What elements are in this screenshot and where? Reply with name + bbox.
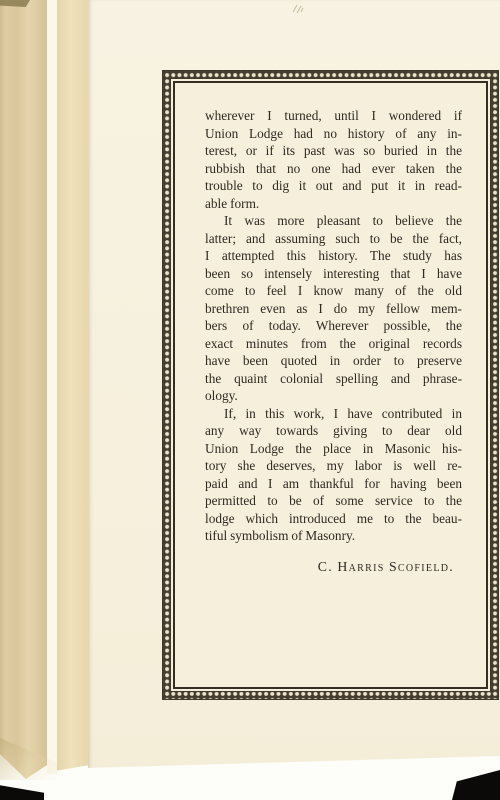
text-line: trouble to dig it out and put it in read…	[205, 177, 462, 195]
text-line: paid and I am thankful for having been	[205, 475, 462, 493]
scanner-corner-right	[452, 770, 500, 800]
text-line: the quaint colonial spelling and phrase-	[205, 370, 462, 388]
author-signature: C. Harris Scofield.	[205, 558, 462, 576]
text-line: I attempted this history. The study has	[205, 247, 462, 265]
text-line: If, in this work, I have contributed in	[205, 405, 462, 423]
text-line: been so intensely interesting that I hav…	[205, 265, 462, 283]
book-spine-strip	[0, 0, 47, 779]
scanner-corner-left	[0, 782, 44, 800]
scanned-book-page-photo: wherever I turned, until I wondered ifUn…	[0, 0, 500, 800]
paragraph: If, in this work, I have contributed ina…	[205, 405, 462, 545]
text-line: any way towards giving to dear old	[205, 422, 462, 440]
paragraph: wherever I turned, until I wondered ifUn…	[205, 107, 462, 212]
faint-pencil-mark-icon	[290, 3, 306, 16]
book-spine-inner-strip	[57, 0, 88, 773]
text-line: rubbish that no one had ever taken the	[205, 160, 462, 178]
text-line: able form.	[205, 195, 462, 213]
text-line: bers of today. Wherever possible, the	[205, 317, 462, 335]
text-line: terest, or if its past was so buried in …	[205, 142, 462, 160]
text-line: exact minutes from the original records	[205, 335, 462, 353]
text-line: permitted to be of some service to the	[205, 492, 462, 510]
text-line: lodge which introduced me to the beau-	[205, 510, 462, 528]
text-block: wherever I turned, until I wondered ifUn…	[175, 83, 486, 687]
paragraph: It was more pleasant to believe thelatte…	[205, 212, 462, 405]
frame-bead-band: wherever I turned, until I wondered ifUn…	[163, 71, 498, 699]
frame-thin-rule: wherever I turned, until I wondered ifUn…	[170, 78, 491, 692]
text-line: Union Lodge the place in Masonic his-	[205, 440, 462, 458]
text-line: latter; and assuming such to be the fact…	[205, 230, 462, 248]
page-gutter-gap	[47, 0, 57, 774]
text-line: come to feel I know many of the old	[205, 282, 462, 300]
text-line: ology.	[205, 387, 462, 405]
text-line: It was more pleasant to believe the	[205, 212, 462, 230]
text-line: brethren even as I do my fellow mem-	[205, 300, 462, 318]
frame-thick-rule: wherever I turned, until I wondered ifUn…	[173, 81, 488, 689]
text-line: wherever I turned, until I wondered if	[205, 107, 462, 125]
text-line: Union Lodge had no history of any in-	[205, 125, 462, 143]
text-line: have been quoted in order to preserve	[205, 352, 462, 370]
text-line: tory she deserves, my labor is well re-	[205, 457, 462, 475]
decorative-beaded-frame: wherever I turned, until I wondered ifUn…	[162, 70, 499, 700]
text-line: tiful symbolism of Masonry.	[205, 527, 462, 545]
